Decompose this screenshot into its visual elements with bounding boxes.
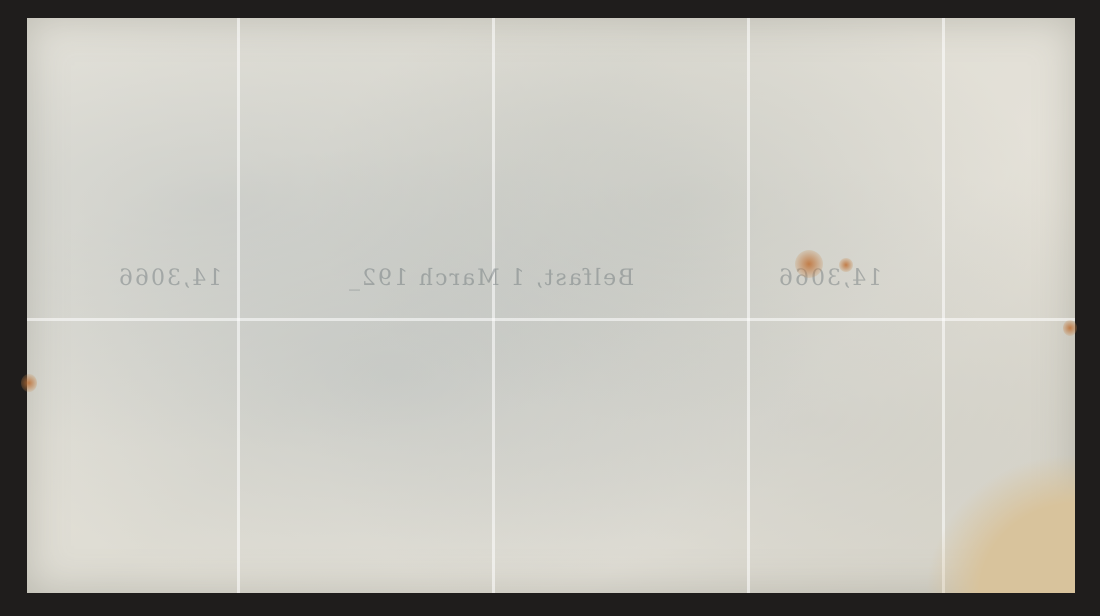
- fold-crease: [237, 18, 240, 593]
- fold-crease: [492, 18, 495, 593]
- banknote-reverse: 14,3066 Belfast, 1 March 192_ 14,3066: [27, 18, 1075, 593]
- fold-crease: [747, 18, 750, 593]
- date-line-showthrough: Belfast, 1 March 192_: [347, 266, 634, 291]
- serial-number-showthrough: 14,3066: [117, 266, 222, 291]
- discolored-corner: [925, 453, 1075, 593]
- rust-stain: [839, 258, 853, 272]
- rust-stain: [795, 250, 823, 278]
- rust-stain: [1063, 320, 1077, 336]
- fold-crease: [27, 318, 1075, 321]
- serial-number-showthrough: 14,3066: [777, 266, 882, 291]
- rust-stain: [21, 374, 37, 392]
